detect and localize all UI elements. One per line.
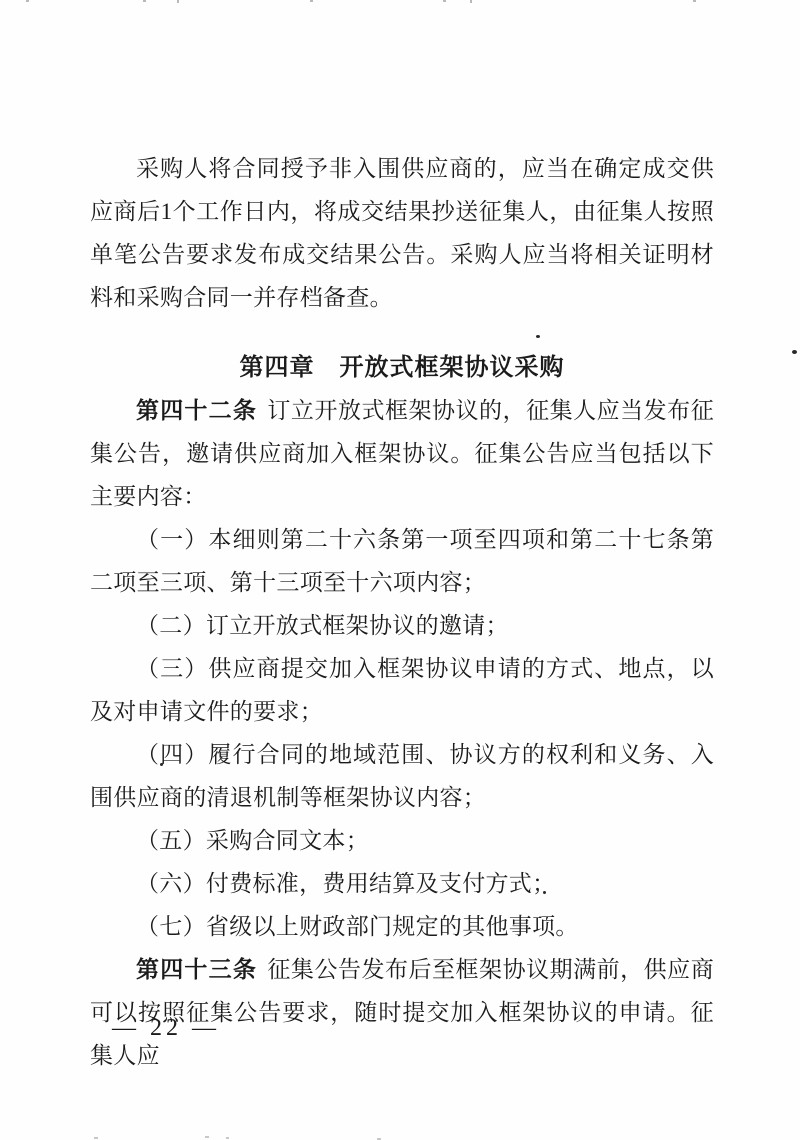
article-42-item-1: （一）本细则第二十六条第一项至四项和第二十七条第二项至三项、第十三项至十六项内容… (90, 518, 714, 604)
scan-edge-mark (693, 0, 696, 2)
article-42-item-6: （六）付费标准，费用结算及支付方式； (90, 862, 714, 905)
scan-edge-mark (443, 0, 446, 2)
article-42-item-4: （四）履行合同的地域范围、协议方的权利和义务、入围供应商的清退机制等框架协议内容… (90, 733, 714, 819)
article-42-item-3: （三）供应商提交加入框架协议申请的方式、地点，以及对申请文件的要求； (90, 647, 714, 733)
article-42-item-7: （七）省级以上财政部门规定的其他事项。 (90, 905, 714, 948)
article-42-number: 第四十二条 (136, 397, 257, 423)
scan-edge-mark (226, 1137, 229, 1139)
document-body: 采购人将合同授予非入围供应商的，应当在确定成交供应商后1个工作日内，将成交结果抄… (90, 147, 714, 1077)
scan-edge-mark (143, 0, 146, 2)
scan-edge-mark (177, 0, 179, 3)
article-42-item-5: （五）采购合同文本； (90, 819, 714, 862)
scan-edge-mark (310, 0, 313, 2)
scan-speck (792, 350, 797, 354)
article-42-paragraph: 第四十二条订立开放式框架协议的，征集人应当发布征集公告，邀请供应商加入框架协议。… (90, 389, 714, 518)
page-number: — 22 — (112, 1013, 220, 1043)
scan-edge-mark (26, 0, 29, 2)
scanned-document-page: 采购人将合同授予非入围供应商的，应当在确定成交供应商后1个工作日内，将成交结果抄… (0, 0, 800, 1140)
scan-edge-mark (470, 0, 472, 3)
chapter-heading: 第四章 开放式框架协议采购 (90, 346, 714, 389)
article-42-item-2: （二）订立开放式框架协议的邀请； (90, 604, 714, 647)
closing-paragraph: 采购人将合同授予非入围供应商的，应当在确定成交供应商后1个工作日内，将成交结果抄… (90, 147, 714, 319)
scan-edge-mark (94, 1137, 98, 1139)
scan-edge-mark (205, 1136, 209, 1138)
article-43-number: 第四十三条 (136, 956, 257, 982)
